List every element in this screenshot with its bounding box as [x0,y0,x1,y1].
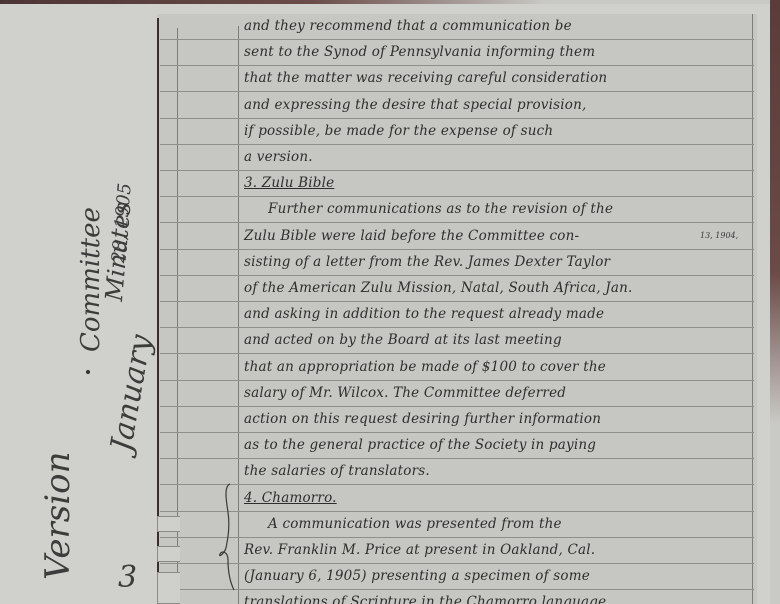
ledger-rule [160,380,754,381]
ledger-rule [160,222,754,223]
text-line: and expressing the desire that special p… [244,97,754,113]
text-line: the salaries of translators. [244,463,754,479]
ledger-rule [160,275,754,276]
ledger-rule [160,353,754,354]
text-line: a version. [244,149,754,165]
text-line: Zulu Bible were laid before the Committe… [244,228,754,244]
ledger-rule [160,170,754,171]
ledger-rule [160,196,754,197]
ledger-rule [160,563,754,564]
text-line: if possible, be made for the expense of … [244,123,754,139]
ledger-column-rule [238,26,239,604]
ledger-rule [160,39,754,40]
ledger-rule [160,327,754,328]
margin-dot [86,370,90,374]
text-line: that the matter was receiving careful co… [244,70,754,86]
text-line: that an appropriation be made of $100 to… [244,359,754,375]
text-line: and asking in addition to the request al… [244,306,754,322]
text-line: (January 6, 1905) presenting a specimen … [244,568,754,584]
index-tab [157,546,180,562]
text-line: and acted on by the Board at its last me… [244,332,754,348]
text-line: Rev. Franklin M. Price at present in Oak… [244,542,754,558]
ledger-rule [160,249,754,250]
ledger-rule [160,511,754,512]
text-line: sent to the Synod of Pennsylvania inform… [244,44,754,60]
bracket-mark [216,482,236,592]
ledger-rule [160,65,754,66]
ledger-rule [160,118,754,119]
ledger-rule [160,484,754,485]
ledger-rule [160,458,754,459]
interlinear-date-note: 13, 1904, [700,231,738,240]
text-line: action on this request desiring further … [244,411,754,427]
text-line: A communication was presented from the [244,516,778,532]
ledger-rule [160,589,754,590]
ledger-rule [160,144,754,145]
index-tab [157,572,180,604]
page-number: 3 [118,560,137,595]
ledger-rule [160,432,754,433]
ledger-rule [160,406,754,407]
text-line: as to the general practice of the Societ… [244,437,754,453]
section-heading: 4. Chamorro. [244,490,754,506]
index-tab [157,516,180,532]
text-line: of the American Zulu Mission, Natal, Sou… [244,280,754,296]
scan-background-right [770,0,780,604]
text-line: sisting of a letter from the Rev. James … [244,254,754,270]
text-line: Further communications as to the revisio… [244,201,778,217]
ledger-rule [160,537,754,538]
text-line: salary of Mr. Wilcox. The Committee defe… [244,385,754,401]
ledger-rule [160,301,754,302]
text-line: and they recommend that a communication … [244,18,754,34]
section-heading: 3. Zulu Bible [244,175,754,191]
margin-note-version: Version [38,452,78,581]
ledger-rule [160,91,754,92]
text-line: translations of Scripture in the Chamorr… [244,594,754,604]
